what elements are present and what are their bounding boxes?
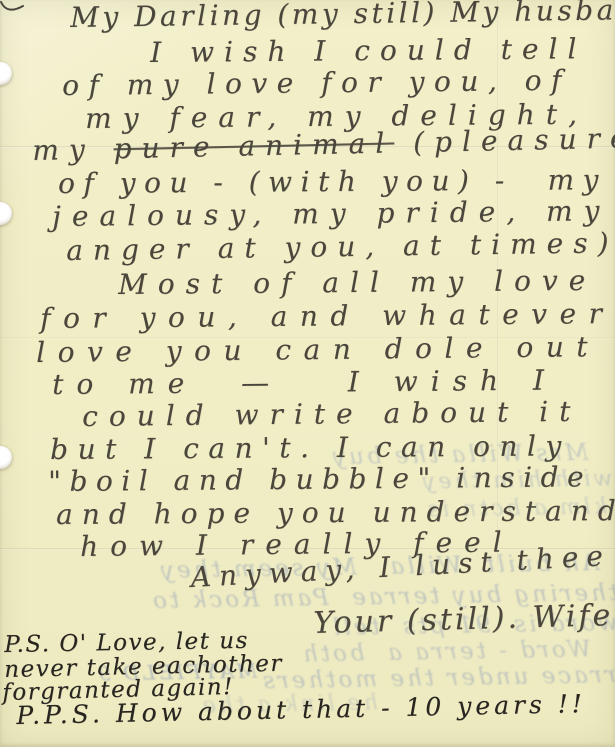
- letter-line-body: but I can't. I can only: [50, 430, 571, 465]
- letter-page: Mrs Willa the buywith him theyklm a bctn…: [0, 0, 615, 747]
- cropped-writing-mark: [0, 0, 26, 18]
- letter-line-salutation: My Darling (my still) My husband: [70, 0, 615, 33]
- letter-line-body: love you can dole out: [36, 331, 600, 368]
- letter-line-body: could write about it: [82, 396, 582, 433]
- letter-line-body: anger at you, at times): [66, 227, 615, 266]
- letter-line-body: I wish I could tell: [150, 33, 586, 68]
- letter-line-body: of my love for you, of: [62, 65, 571, 102]
- letter-line-body: for you, and whatever: [40, 298, 615, 334]
- letter-line-body: Most of all my love: [118, 265, 596, 301]
- letter-line-signature: Your (still). Wife: [313, 599, 614, 640]
- letter-line-body: "boil and bubble" inside: [48, 461, 592, 497]
- letter-line-body: and hope you understand: [56, 495, 615, 530]
- struck-out-words: pure animal: [113, 126, 394, 165]
- punch-hole: [0, 62, 12, 85]
- punch-hole: [0, 202, 12, 225]
- bleedthrough-illegible-writing: Word - terra a both: [300, 638, 591, 666]
- punch-hole: [0, 446, 12, 469]
